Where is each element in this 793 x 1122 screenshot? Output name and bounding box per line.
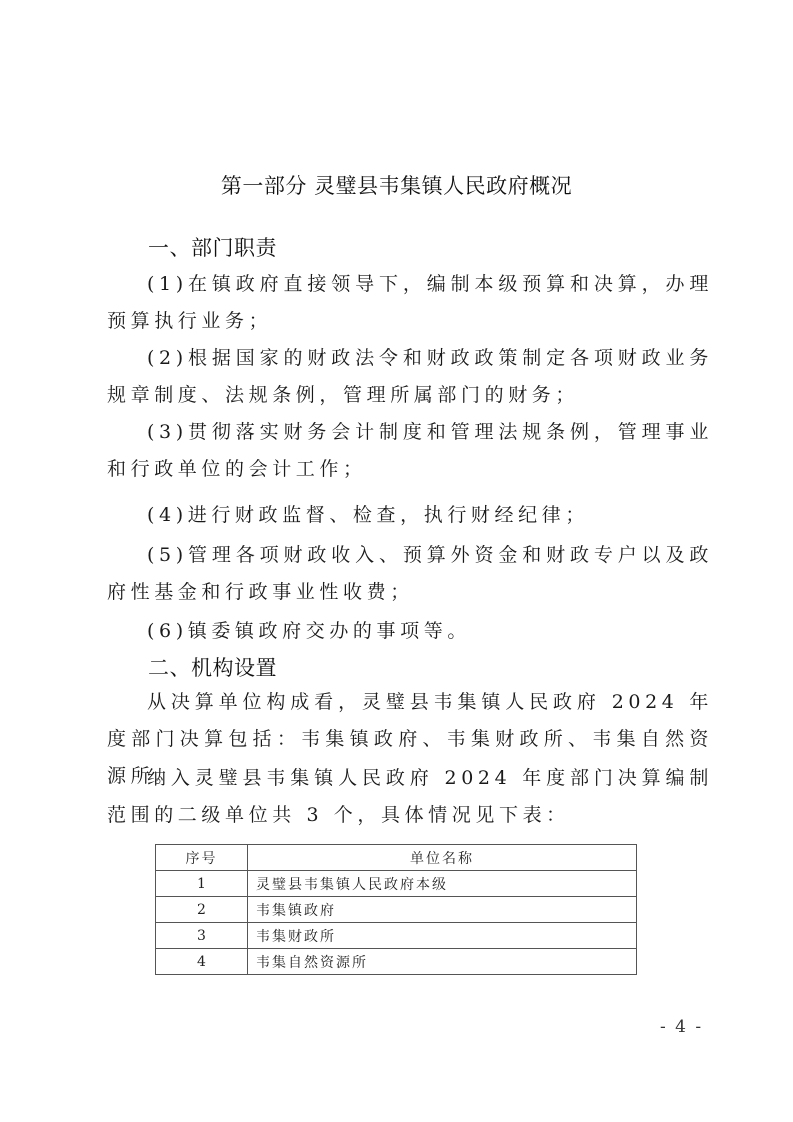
responsibility-item-5: (5)管理各项财政收入、预算外资金和财政专户以及政府性基金和行政事业性收费；: [107, 537, 713, 611]
row-unit-name: 灵璧县韦集镇人民政府本级: [248, 871, 637, 897]
responsibility-item-2: (2)根据国家的财政法令和财政政策制定各项财政业务规章制度、法规条例，管理所属部…: [107, 340, 713, 414]
table-row: 1 灵璧县韦集镇人民政府本级: [156, 871, 637, 897]
table-row: 2 韦集镇政府: [156, 897, 637, 923]
row-unit-name: 韦集镇政府: [248, 897, 637, 923]
responsibility-item-3: (3)贯彻落实财务会计制度和管理法规条例，管理事业和行政单位的会计工作；: [107, 414, 713, 488]
section-heading-responsibilities: 一、部门职责: [148, 232, 277, 262]
column-header-unit-name: 单位名称: [248, 845, 637, 871]
table-row: 4 韦集自然资源所: [156, 949, 637, 975]
page-title: 第一部分 灵璧县韦集镇人民政府概况: [0, 170, 793, 200]
row-index: 1: [156, 871, 248, 897]
page-number: - 4 -: [660, 1017, 703, 1037]
row-index: 3: [156, 923, 248, 949]
table-header-row: 序号 单位名称: [156, 845, 637, 871]
table-row: 3 韦集财政所: [156, 923, 637, 949]
organization-paragraph-2: 纳入灵璧县韦集镇人民政府 2024 年度部门决算编制范围的二级单位共 3 个，具…: [107, 760, 713, 834]
responsibility-item-1: (1)在镇政府直接领导下，编制本级预算和决算，办理预算执行业务；: [107, 266, 713, 340]
document-page: 第一部分 灵璧县韦集镇人民政府概况 一、部门职责 (1)在镇政府直接领导下，编制…: [0, 0, 793, 1122]
row-index: 4: [156, 949, 248, 975]
responsibility-item-6: (6)镇委镇政府交办的事项等。: [107, 613, 713, 650]
row-index: 2: [156, 897, 248, 923]
row-unit-name: 韦集财政所: [248, 923, 637, 949]
column-header-index: 序号: [156, 845, 248, 871]
row-unit-name: 韦集自然资源所: [248, 949, 637, 975]
responsibility-item-4: (4)进行财政监督、检查，执行财经纪律；: [107, 497, 713, 534]
units-table: 序号 单位名称 1 灵璧县韦集镇人民政府本级 2 韦集镇政府 3 韦集财政所 4…: [155, 844, 637, 975]
section-heading-organization: 二、机构设置: [148, 652, 277, 682]
